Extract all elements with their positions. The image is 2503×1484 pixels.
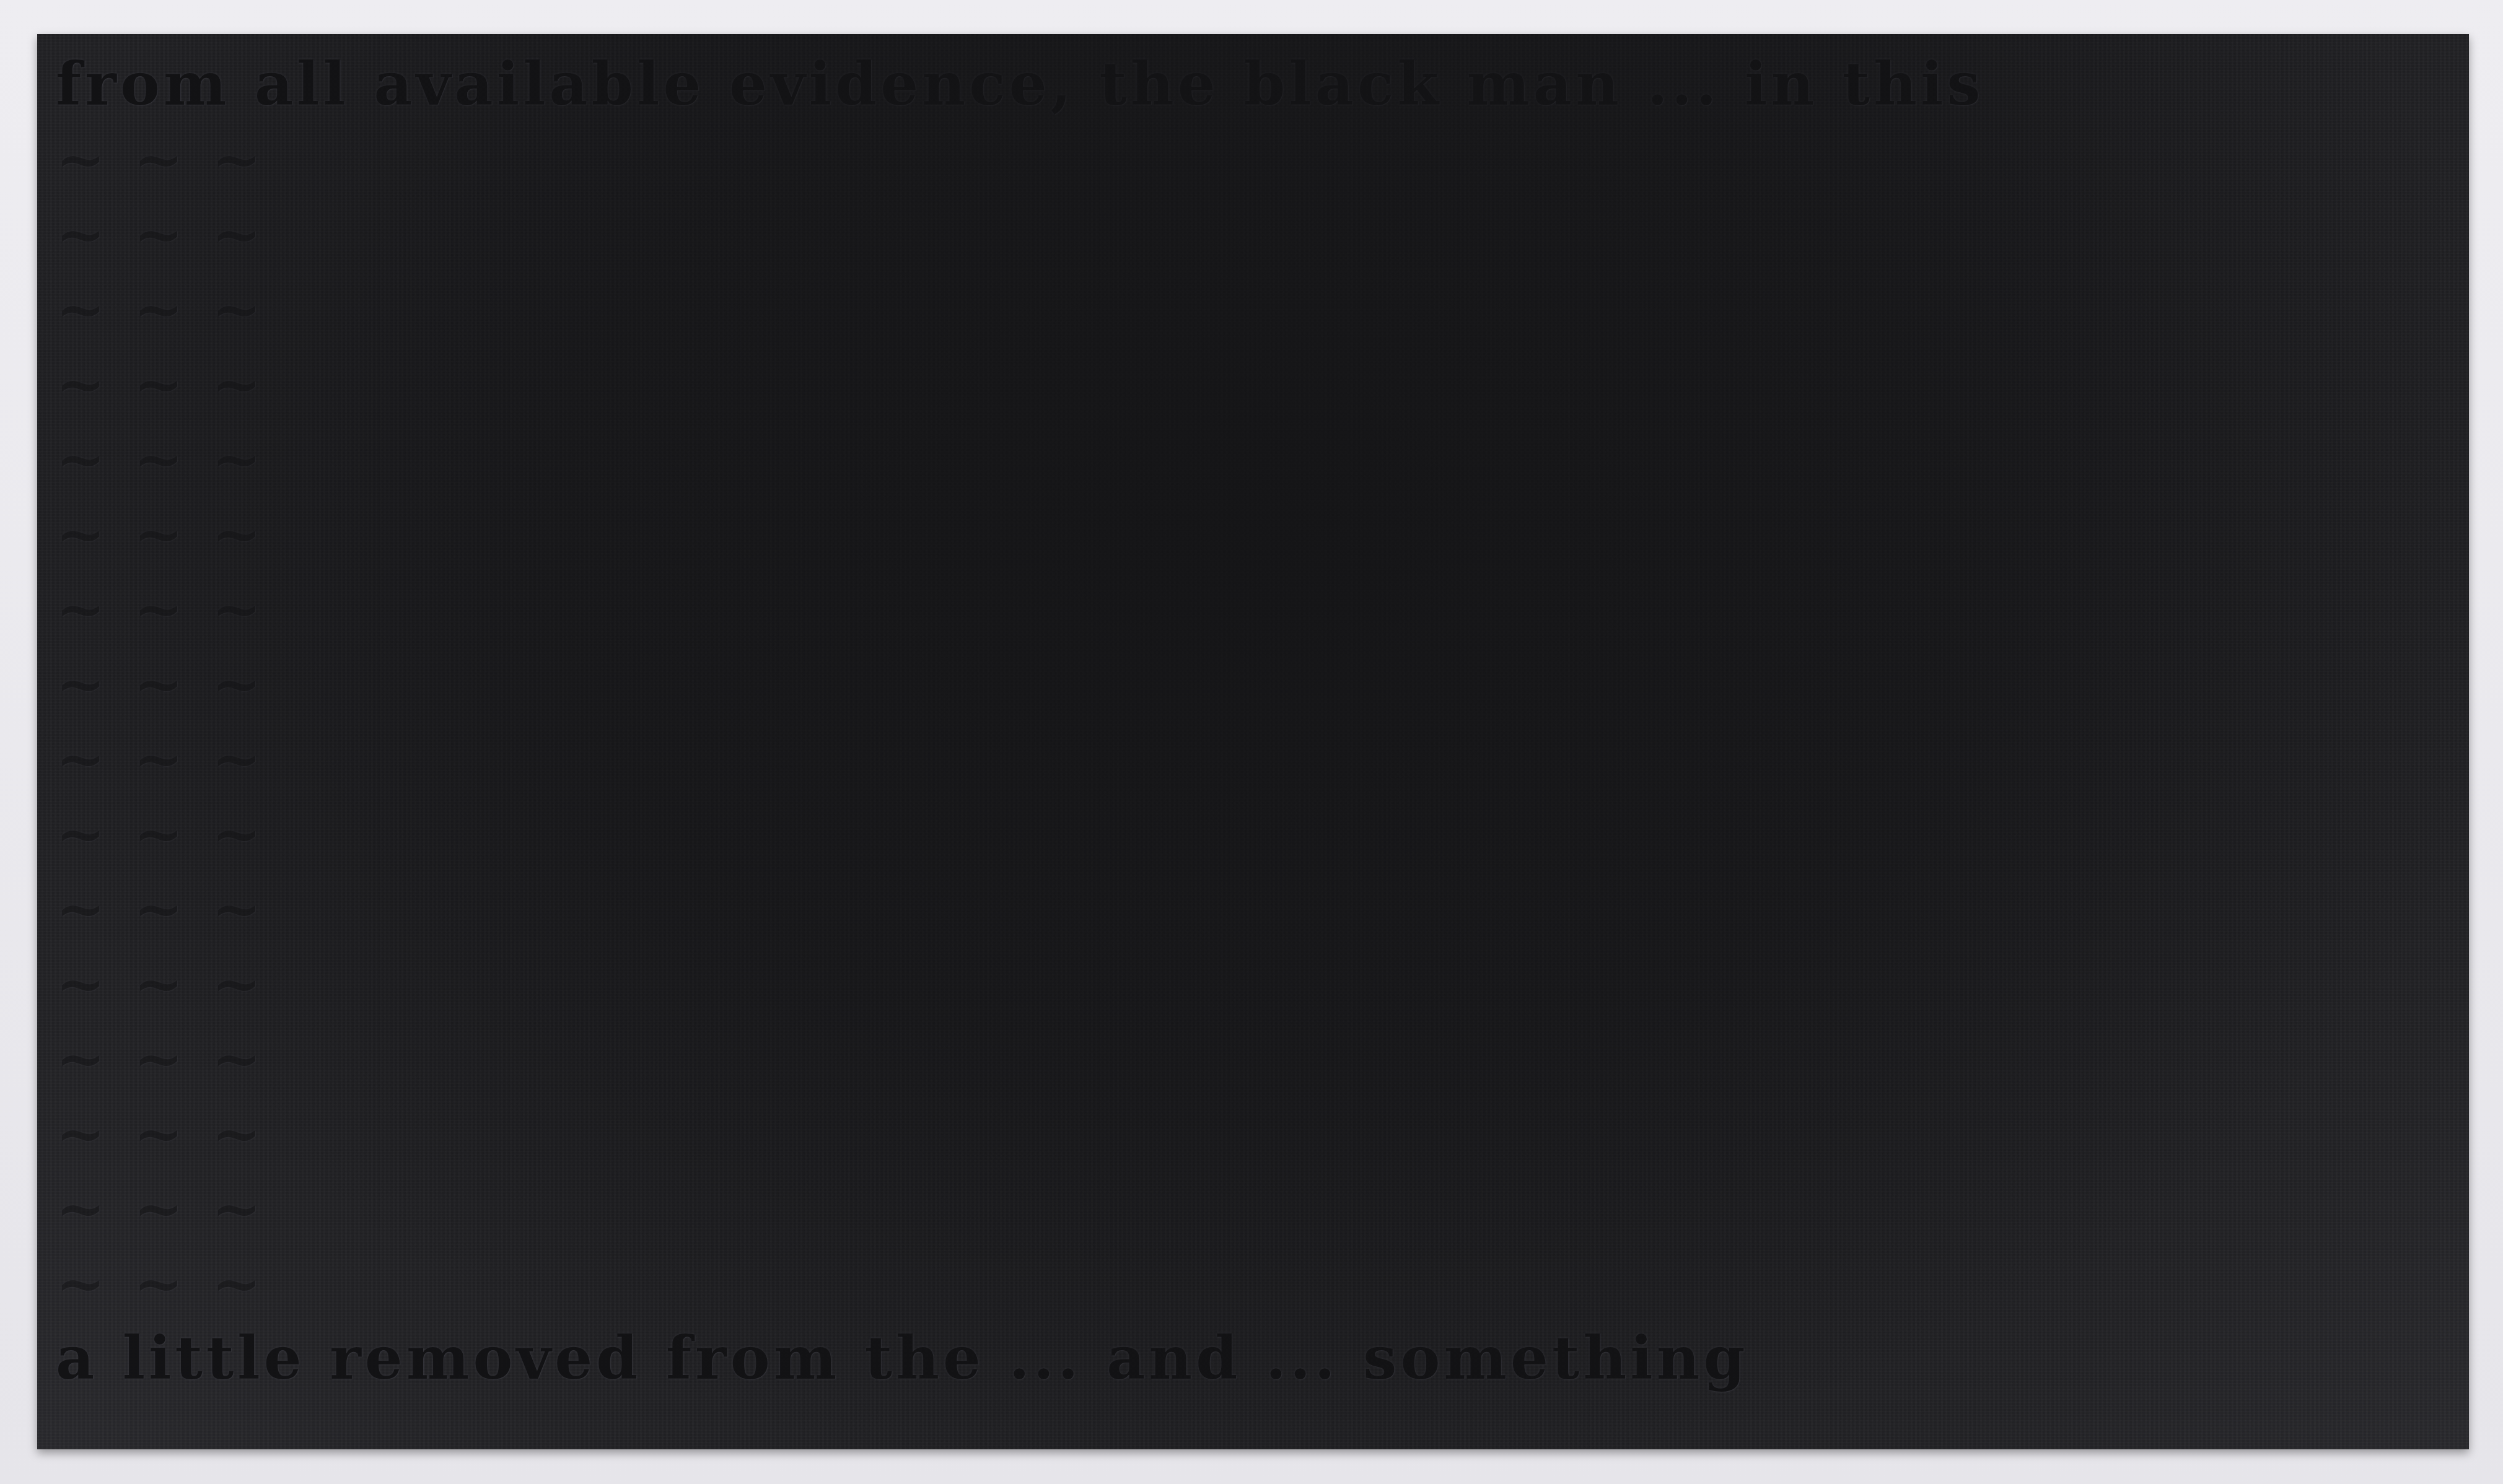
dark-center-overlay	[37, 34, 2469, 1449]
painting-canvas: from all available evidence, the black m…	[37, 34, 2469, 1449]
